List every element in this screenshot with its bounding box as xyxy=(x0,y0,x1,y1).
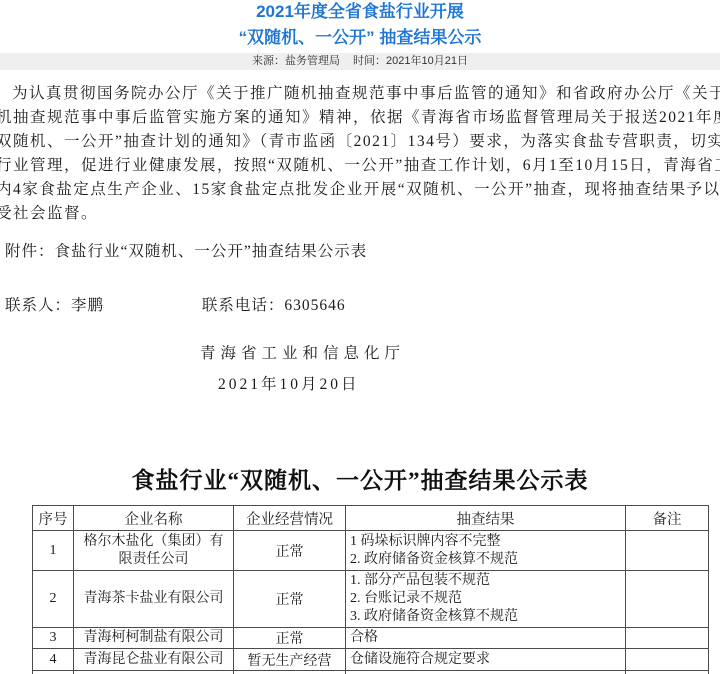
result-line: 2. 台账记录不规范 xyxy=(350,590,621,608)
table-row: 4 青海昆仑盐业有限公司 暂无生产经营 仓储设施符合规定要求 xyxy=(33,649,709,671)
cell-company: 青海昆仑盐业有限公司 xyxy=(74,649,234,671)
contact-line: 联系人：李鹏 联系电话：6305646 xyxy=(5,297,720,315)
cell-note xyxy=(626,671,709,674)
table-row: 1 格尔木盐化（集团）有限责任公司 正常 1 码垛标识牌内容不完整 2. 政府储… xyxy=(33,531,709,571)
cell-status xyxy=(234,671,346,674)
result-line: 1 码垛标识牌内容不完整 xyxy=(350,533,621,551)
cell-status: 正常 xyxy=(234,571,346,628)
cell-company xyxy=(74,671,234,674)
body-line: 受社会监督。 xyxy=(0,202,720,226)
meta-bar: 来源：盐务管理局 时间：2021年10月21日 xyxy=(0,53,720,70)
cell-note xyxy=(626,531,709,571)
result-line: 合格 xyxy=(350,629,621,647)
cell-note xyxy=(626,628,709,649)
body-line: 双随机、一公开”抽查计划的通知》（青市监函〔2021〕134号）要求，为落实食盐… xyxy=(0,130,720,154)
cell-result xyxy=(346,671,626,674)
cell-no: 1 xyxy=(33,531,74,571)
cell-result: 1. 部分产品包装不规范 2. 台账记录不规范 3. 政府储备资金核算不规范 xyxy=(346,571,626,628)
cell-note xyxy=(626,571,709,628)
cell-no: 4 xyxy=(33,649,74,671)
table-row: 2 青海茶卡盐业有限公司 正常 1. 部分产品包装不规范 2. 台账记录不规范 … xyxy=(33,571,709,628)
meta-source: 来源：盐务管理局 xyxy=(252,55,340,67)
table-row-partial xyxy=(33,671,709,674)
meta-time: 时间：2021年10月21日 xyxy=(353,55,468,67)
body-paragraph: 为认真贯彻国务院办公厅《关于推广随机抽查规范事中事后监管的通知》和省政府办公厅《… xyxy=(0,82,720,226)
result-line: 仓储设施符合规定要求 xyxy=(350,651,621,669)
cell-no: 3 xyxy=(33,628,74,649)
inspection-results-table: 序号 企业名称 企业经营情况 抽查结果 备注 1 格尔木盐化（集团）有限责任公司… xyxy=(32,505,709,674)
document-page: 2021年度全省食盐行业开展 “双随机、一公开” 抽查结果公示 来源：盐务管理局… xyxy=(0,0,720,674)
cell-result: 合格 xyxy=(346,628,626,649)
page-title-line1: 2021年度全省食盐行业开展 xyxy=(0,0,720,22)
cell-result: 1 码垛标识牌内容不完整 2. 政府储备资金核算不规范 xyxy=(346,531,626,571)
cell-result: 仓储设施符合规定要求 xyxy=(346,649,626,671)
cell-status: 正常 xyxy=(234,628,346,649)
result-line: 3. 政府储备资金核算不规范 xyxy=(350,608,621,626)
cell-note xyxy=(626,649,709,671)
cell-status: 正常 xyxy=(234,531,346,571)
body-line: 行业管理，促进行业健康发展，按照“双随机、一公开”抽查工作计划，6月1至10月1… xyxy=(0,154,720,178)
header-no: 序号 xyxy=(33,506,74,531)
page-title-line2: “双随机、一公开” 抽查结果公示 xyxy=(0,28,720,48)
result-line: 2. 政府储备资金核算不规范 xyxy=(350,551,621,569)
table-title: 食盐行业“双随机、一公开”抽查结果公示表 xyxy=(0,466,720,496)
header-company: 企业名称 xyxy=(74,506,234,531)
body-line: 内4家食盐定点生产企业、15家食盐定点批发企业开展“双随机、一公开”抽查，现将抽… xyxy=(0,178,720,202)
table-row: 3 青海柯柯制盐有限公司 正常 合格 xyxy=(33,628,709,649)
cell-no xyxy=(33,671,74,674)
body-line: 为认真贯彻国务院办公厅《关于推广随机抽查规范事中事后监管的通知》和省政府办公厅《… xyxy=(12,82,720,106)
result-line: 1. 部分产品包装不规范 xyxy=(350,572,621,590)
attachment-line: 附件：食盐行业“双随机、一公开”抽查结果公示表 xyxy=(5,243,720,261)
body-line: 机抽查规范事中事后监管实施方案的通知》精神，依据《青海省市场监督管理局关于报送2… xyxy=(0,106,720,130)
cell-no: 2 xyxy=(33,571,74,628)
header-status: 企业经营情况 xyxy=(234,506,346,531)
header-result: 抽查结果 xyxy=(346,506,626,531)
signature-date: 2021年10月20日 xyxy=(218,376,720,394)
header-note: 备注 xyxy=(626,506,709,531)
cell-company: 青海茶卡盐业有限公司 xyxy=(74,571,234,628)
contact-person: 联系人：李鹏 xyxy=(5,297,104,314)
signature-org: 青海省工业和信息化厅 xyxy=(200,345,720,363)
cell-company: 格尔木盐化（集团）有限责任公司 xyxy=(74,531,234,571)
table-header-row: 序号 企业名称 企业经营情况 抽查结果 备注 xyxy=(33,506,709,531)
cell-company: 青海柯柯制盐有限公司 xyxy=(74,628,234,649)
cell-status: 暂无生产经营 xyxy=(234,649,346,671)
contact-phone: 联系电话：6305646 xyxy=(202,297,346,314)
